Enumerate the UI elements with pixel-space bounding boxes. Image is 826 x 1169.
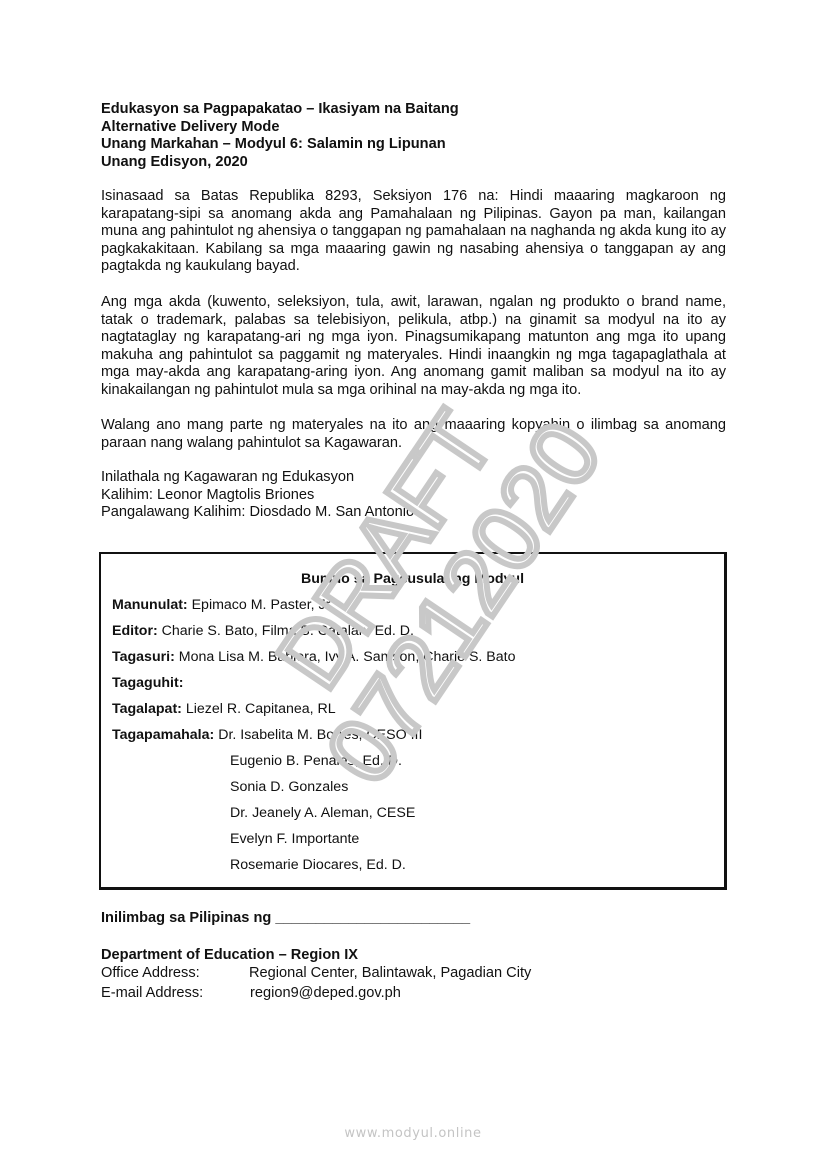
office-address-row: Office Address: Regional Center, Balinta… [101,965,358,985]
credit-layout-artist: Tagalapat: Liezel R. Capitanea, RL [112,701,336,718]
credit-management: Tagapamahala: Dr. Isabelita M. Borres, C… [112,727,422,744]
credit-reviewer: Tagasuri: Mona Lisa M. Babiera, Ivy A. S… [112,649,515,666]
delivery-mode: Alternative Delivery Mode [101,119,459,137]
undersecretary-line: Pangalawang Kalihim: Diosdado M. San Ant… [101,504,414,522]
deped-region-title: Department of Education – Region IX [101,947,358,965]
credit-label: Tagasuri: [112,649,175,665]
credit-editor: Editor: Charie S. Bato, Filma B. Catalan… [112,623,414,640]
credit-writer: Manunulat: Epimaco M. Paster, Jr. [112,597,334,614]
secretary-line: Kalihim: Leonor Magtolis Briones [101,487,414,505]
manager-name: Evelyn F. Importante [230,831,359,848]
quarter-module-title: Unang Markahan – Modyul 6: Salamin ng Li… [101,136,459,154]
credit-label: Tagalapat: [112,701,182,717]
credit-value: Liezel R. Capitanea, RL [182,701,336,717]
credits-title: Bumuo sa Pagsusulat ng Modyul [101,571,724,588]
credit-value: Dr. Isabelita M. Borres, CESO III [214,727,422,743]
manager-name: Rosemarie Diocares, Ed. D. [230,857,406,874]
third-party-works-paragraph: Ang mga akda (kuwento, seleksiyon, tula,… [101,294,726,400]
edition: Unang Edisyon, 2020 [101,154,459,172]
credit-label: Manunulat: [112,597,188,613]
publisher-line: Inilathala ng Kagawaran ng Edukasyon [101,469,414,487]
office-address-label: Office Address: [101,965,200,983]
credit-label: Tagapamahala: [112,727,214,743]
office-address-value: Regional Center, Balintawak, Pagadian Ci… [249,965,531,983]
subject-grade-title: Edukasyon sa Pagpapakatao – Ikasiyam na … [101,101,459,119]
site-footer-text: www.modyul.online [0,1126,826,1141]
publisher-block: Inilathala ng Kagawaran ng Edukasyon Kal… [101,469,414,522]
reproduction-notice-paragraph: Walang ano mang parte ng materyales na i… [101,417,726,452]
printed-in-line: Inilimbag sa Pilipinas ng ______________… [101,910,470,928]
credit-value: Charie S. Bato, Filma B. Catalan, Ed. D. [158,623,414,639]
deped-region-block: Department of Education – Region IX Offi… [101,947,358,1005]
manager-name: Eugenio B. Penales, Ed. D. [230,753,402,770]
credit-value: Mona Lisa M. Babiera, Ivy A. Samson, Cha… [175,649,516,665]
email-address-row: E-mail Address: region9@deped.gov.ph [101,985,358,1005]
module-credits-box: Bumuo sa Pagsusulat ng Modyul Manunulat:… [99,552,727,890]
email-address-label: E-mail Address: [101,985,203,1003]
email-address-value: region9@deped.gov.ph [250,985,401,1003]
copyright-paragraph: Isinasaad sa Batas Republika 8293, Seksi… [101,188,726,276]
credit-label: Tagaguhit: [112,675,183,691]
manager-name: Dr. Jeanely A. Aleman, CESE [230,805,415,822]
credit-illustrator: Tagaguhit: [112,675,183,692]
manager-name: Sonia D. Gonzales [230,779,348,796]
credit-label: Editor: [112,623,158,639]
document-page: Edukasyon sa Pagpapakatao – Ikasiyam na … [0,0,826,1169]
credit-value: Epimaco M. Paster, Jr. [188,597,334,613]
module-title-block: Edukasyon sa Pagpapakatao – Ikasiyam na … [101,101,459,171]
